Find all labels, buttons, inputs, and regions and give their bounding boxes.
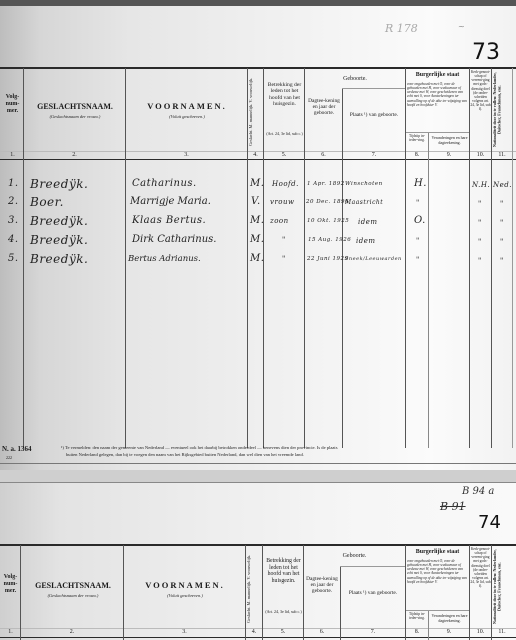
col-rule	[20, 545, 21, 640]
header-betrekking: Betrekking der leden tot het hoofd van h…	[265, 82, 304, 108]
pencil-mark: ~	[458, 22, 465, 31]
col-rule	[304, 68, 305, 448]
header-bottom-rule	[0, 637, 516, 638]
row-2-birthdate: 20 Dec. 1896	[306, 199, 349, 205]
colnum: 6.	[304, 629, 340, 635]
col-rule	[469, 68, 470, 448]
footnote-line-2: buiten Nederland gelegen, dan bij te voe…	[66, 452, 304, 458]
row-1-sex: M.	[250, 178, 264, 189]
row-4-sex: M.	[250, 234, 264, 245]
colnum: 2.	[24, 152, 125, 158]
header-volgnummer: Volg- num- mer.	[1, 574, 20, 595]
pencil-annotation-struck: B 91	[440, 500, 466, 513]
row-1-status: H.	[414, 178, 427, 189]
pencil-annotation-b94a: B 94 a	[462, 486, 494, 497]
row-4-relation: "	[282, 236, 286, 244]
row-4-status: "	[416, 237, 420, 245]
colnum: 1.	[1, 629, 20, 635]
header-veranderingen: Veranderingen en hare dagteekening.	[430, 614, 469, 623]
header-burgerlijke-staat: Burgerlijke staat	[406, 549, 469, 556]
col-rule	[428, 133, 429, 448]
colnum: 3.	[124, 629, 245, 635]
row-3-birthdate: 10 Okt. 1925	[307, 218, 349, 224]
colnum: 9.	[429, 152, 469, 158]
row-1-religion: N.H.	[472, 181, 490, 189]
colnum: 11.	[492, 152, 512, 158]
row-4-religion: "	[478, 238, 482, 246]
header-betrekking-sub: (Art. 24, 3e lid, sub c.)	[264, 610, 303, 615]
row-5-status: "	[416, 256, 420, 264]
row-1-relation: Hoofd.	[272, 180, 299, 188]
colnum: 8.	[406, 152, 428, 158]
row-5-surname: Breedÿk.	[30, 252, 88, 266]
header-nationaliteit: Nationaliteit door in te vullen: Nederla…	[493, 72, 511, 148]
row-1-nationality: Ned.	[493, 181, 512, 189]
row-5-birthdate: 22 Juni 1929	[307, 256, 349, 262]
header-burgerlijke-staat: Burgerlijke staat	[406, 72, 469, 79]
header-betrekking: Betrekking der leden tot het hoofd van h…	[264, 558, 303, 585]
row-1-birthdate: 1 Apr. 1892	[307, 181, 345, 187]
colnum: 10.	[470, 629, 491, 635]
row-4-num: 4.	[8, 234, 19, 245]
register-page-74: B 94 a B 91 74 Volg- num- mer. GESLACHTS…	[0, 482, 516, 640]
row-2-surname: Boer.	[30, 195, 64, 209]
row-1-surname: Breedÿk.	[30, 177, 88, 191]
colnum: 5.	[263, 629, 303, 635]
row-2-religion: "	[478, 200, 482, 208]
header-voornamen: VOORNAMEN.	[128, 102, 246, 112]
header-burgerlijke-staat-sub: voor ongehuwden met O, voor de gehuwden …	[407, 82, 468, 107]
header-kerkgenootschap: Kerk-genoot-schap of vereeni-ging met go…	[470, 70, 491, 111]
row-3-status: O.	[414, 215, 426, 226]
row-3-religion: "	[478, 219, 482, 227]
burgerlijke-subrule	[405, 132, 470, 133]
row-5-sex: M.	[250, 253, 264, 264]
header-nationaliteit: Nationaliteit door in te vullen: Nederla…	[493, 549, 511, 625]
row-4-surname: Breedÿk.	[30, 233, 88, 247]
row-2-status: "	[416, 199, 420, 207]
row-1-num: 1.	[8, 178, 19, 189]
row-5-religion: "	[478, 257, 482, 265]
form-code: N. a. 1364	[2, 445, 32, 453]
page-top-edge	[0, 482, 516, 483]
row-2-num: 2.	[8, 196, 19, 207]
colnum: 10.	[470, 152, 491, 158]
register-page-73: R 178 ~ 73 Volg- num- mer. GESLACHTSNAAM…	[0, 0, 516, 470]
col-rule	[125, 68, 126, 448]
header-geslachtsnaam-sub: (Geslachtsnaam der vrouw.)	[23, 593, 123, 598]
row-1-birthplace: Winschoten	[345, 181, 383, 187]
colnum: 6.	[305, 152, 342, 158]
header-geslachtsnaam: GESLACHTSNAAM.	[26, 102, 124, 111]
row-3-nationality: "	[500, 219, 504, 227]
row-4-birthplace: idem	[356, 237, 376, 245]
header-plaats: Plaats ¹) van geboorte.	[344, 590, 402, 596]
header-geboorte: Geboorte.	[304, 553, 405, 560]
col-rule	[23, 68, 24, 448]
colnum: 11.	[492, 629, 512, 635]
burgerlijke-subrule	[405, 610, 469, 611]
page-bottom-edge	[0, 463, 516, 464]
row-4-given: Dirk Catharinus.	[132, 234, 216, 245]
row-2-relation: vrouw	[270, 198, 295, 206]
header-voornamen-sub: (Voluit geschreven.)	[128, 114, 246, 119]
colnum: 5.	[264, 152, 304, 158]
row-4-nationality: "	[500, 238, 504, 246]
colnum: 7.	[343, 152, 405, 158]
row-5-nationality: "	[500, 257, 504, 265]
header-tijdstip: Tijdstip in-ieder-ving.	[406, 612, 428, 620]
header-geslachtsnaam-sub: (Geslachtsnaam der vrouw.)	[26, 114, 124, 119]
colnum: 8.	[406, 629, 428, 635]
row-5-relation: "	[282, 255, 286, 263]
header-top-rule	[0, 544, 516, 546]
row-3-num: 3.	[8, 215, 19, 226]
header-geslacht: Geslacht. M. mannelijk. V. vrouwelijk.	[247, 550, 261, 628]
page-number: 74	[478, 512, 501, 533]
col-rule	[405, 545, 406, 640]
row-3-sex: M.	[250, 215, 264, 226]
header-geslachtsnaam: GESLACHTSNAAM.	[23, 581, 123, 590]
row-1-given: Catharinus.	[132, 178, 197, 189]
geboorte-subrule	[340, 566, 405, 567]
header-geboorte: Geboorte.	[305, 76, 405, 83]
colnum: 7.	[341, 629, 405, 635]
page-gap	[0, 470, 516, 482]
row-2-sex: V.	[251, 196, 261, 207]
col-rule	[405, 68, 406, 448]
colnum: 1.	[2, 152, 23, 158]
form-code-sub: 222	[6, 455, 12, 460]
scan-edge	[0, 0, 516, 6]
col-rule	[123, 545, 124, 640]
geboorte-subrule	[342, 88, 405, 89]
col-rule	[262, 545, 263, 640]
header-voornamen: VOORNAMEN.	[126, 581, 244, 591]
header-geslacht: Geslacht. M. mannelijk. V. vrouwelijk.	[249, 74, 262, 150]
header-volgnummer: Volg- num- mer.	[2, 94, 23, 115]
pencil-annotation: R 178	[385, 22, 418, 35]
row-3-relation: zoon	[270, 217, 289, 225]
row-3-given: Klaas Bertus.	[132, 215, 206, 226]
colnum: 3.	[126, 152, 247, 158]
colnum: 4.	[246, 629, 262, 635]
row-5-num: 5.	[8, 253, 19, 264]
row-3-surname: Breedÿk.	[30, 214, 88, 228]
header-burgerlijke-staat-sub: voor ongehuwden met O, voor de gehuwden …	[407, 559, 468, 584]
row-5-birthplace: Sneek/Leeuwarden	[345, 256, 402, 262]
colnum: 2.	[21, 629, 123, 635]
header-tijdstip: Tijdstip in-ieder-ving.	[406, 134, 428, 142]
page-number: 73	[472, 40, 500, 65]
header-kerkgenootschap: Kerk-genoot-schap of vereeni-ging met go…	[470, 547, 491, 588]
colnum: 9.	[429, 629, 469, 635]
row-2-birthplace: Maastricht	[345, 199, 383, 206]
header-bottom-rule	[0, 159, 516, 160]
row-3-birthplace: idem	[358, 218, 378, 226]
col-rule	[342, 89, 343, 448]
footnote-line-1: ¹) Te vermelden: den naam der gemeente v…	[61, 445, 338, 451]
header-betrekking-sub: (Art. 24, 3e lid, sub c.)	[265, 132, 304, 137]
header-dagteekening: Dagtee-kening en jaar der geboorte.	[306, 98, 342, 117]
colnum: 4.	[248, 152, 263, 158]
header-veranderingen: Veranderingen en hare dagteekening.	[430, 136, 469, 145]
row-2-given: Marrigje Maria.	[130, 196, 211, 207]
col-rule	[512, 68, 513, 448]
row-4-birthdate: 15 Aug. 1926	[308, 237, 351, 243]
header-top-rule	[0, 67, 516, 69]
header-plaats: Plaats ¹) van geboorte.	[346, 112, 402, 118]
header-voornamen-sub: (Voluit geschreven.)	[126, 593, 244, 598]
col-rule	[428, 611, 429, 640]
row-5-given: Bertus Adrianus.	[128, 254, 201, 264]
header-dagteekening: Dagtee-kening en jaar der geboorte.	[304, 576, 340, 595]
row-2-nationality: "	[500, 200, 504, 208]
